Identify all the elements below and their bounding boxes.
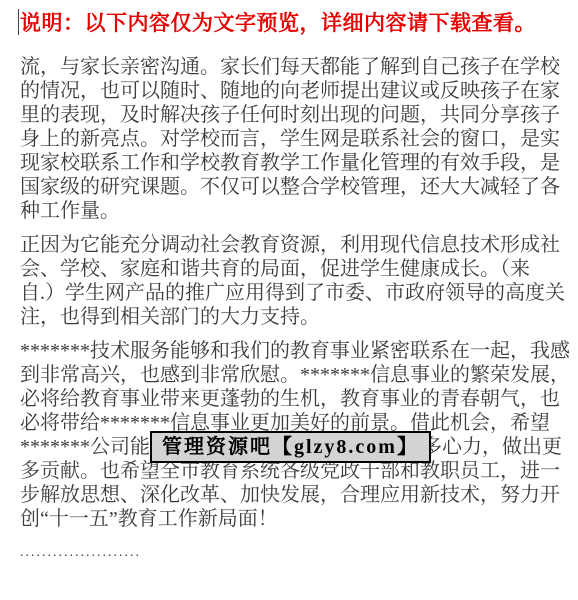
- doc-line: 到非常高兴，也感到非常欣慰。*******信息事业的繁荣发展，: [20, 363, 578, 387]
- paragraph: *******技术服务能够和我们的教育事业紧密联系在一起，我感 到非常高兴，也感…: [20, 339, 578, 531]
- watermark-box: 管理资源吧【glzy8.com】: [150, 431, 431, 463]
- doc-line-with-watermark: *******公司能 管理资源吧【glzy8.com】 多心力，做出更: [20, 435, 578, 459]
- doc-line: 步解放思想、深化改革、加快发展，合理应用新技术，努力开: [20, 483, 578, 507]
- doc-line: 种工作量。: [20, 199, 578, 223]
- doc-line: 的情况，也可以随时、随地的向老师提出建议或反映孩子在家: [20, 79, 578, 103]
- paragraph: 流，与家长亲密沟通。家长们每天都能了解到自己孩子在学校 的情况，也可以随时、随地…: [20, 55, 578, 223]
- doc-line: 会、学校、家庭和谐共育的局面，促进学生健康成长。（来: [20, 257, 578, 281]
- paragraph: 正因为它能充分调动社会教育资源，利用现代信息技术形成社 会、学校、家庭和谐共育的…: [20, 233, 578, 329]
- doc-line: 里的表现，及时解决孩子任何时刻出现的问题，共同分享孩子: [20, 103, 578, 127]
- doc-line: 注，也得到相关部门的大力支持。: [20, 305, 578, 329]
- preview-notice: 说明：以下内容仅为文字预览，详细内容请下载查看。: [0, 0, 578, 38]
- doc-line: 流，与家长亲密沟通。家长们每天都能了解到自己孩子在学校: [20, 55, 578, 79]
- preview-page: { "page": { "background": "#ffffff", "bo…: [0, 0, 578, 600]
- doc-line: 创“十一五”教育工作新局面！: [20, 507, 578, 531]
- document-body: 流，与家长亲密沟通。家长们每天都能了解到自己孩子在学校 的情况，也可以随时、随地…: [0, 55, 578, 565]
- doc-line: 身上的新亮点。对学校而言，学生网是联系社会的窗口，是实: [20, 127, 578, 151]
- doc-line: *******技术服务能够和我们的教育事业紧密联系在一起，我感: [20, 339, 578, 363]
- dots-line: ......................: [20, 541, 578, 565]
- paragraph: ......................: [20, 541, 578, 565]
- doc-line: 现家校联系工作和学校教育教学工作量化管理的有效手段，是: [20, 151, 578, 175]
- doc-line: 正因为它能充分调动社会教育资源，利用现代信息技术形成社: [20, 233, 578, 257]
- preview-notice-text: 说明：以下内容仅为文字预览，详细内容请下载查看。: [20, 11, 536, 35]
- watermark-slot: 管理资源吧【glzy8.com】: [150, 435, 422, 459]
- doc-line-pre-text: *******公司能: [20, 435, 150, 459]
- text-caret: [18, 9, 19, 35]
- doc-line: 自.）学生网产品的推广应用得到了市委、市政府领导的高度关: [20, 281, 578, 305]
- doc-line-post-text: 多心力，做出更: [422, 435, 562, 459]
- doc-line: 必将给教育事业带来更蓬勃的生机，教育事业的青春朝气，也: [20, 387, 578, 411]
- watermark-label: 管理资源吧【glzy8.com】: [162, 436, 419, 458]
- doc-line: 国家级的研究课题。不仅可以整合学校管理，还大大减轻了各: [20, 175, 578, 199]
